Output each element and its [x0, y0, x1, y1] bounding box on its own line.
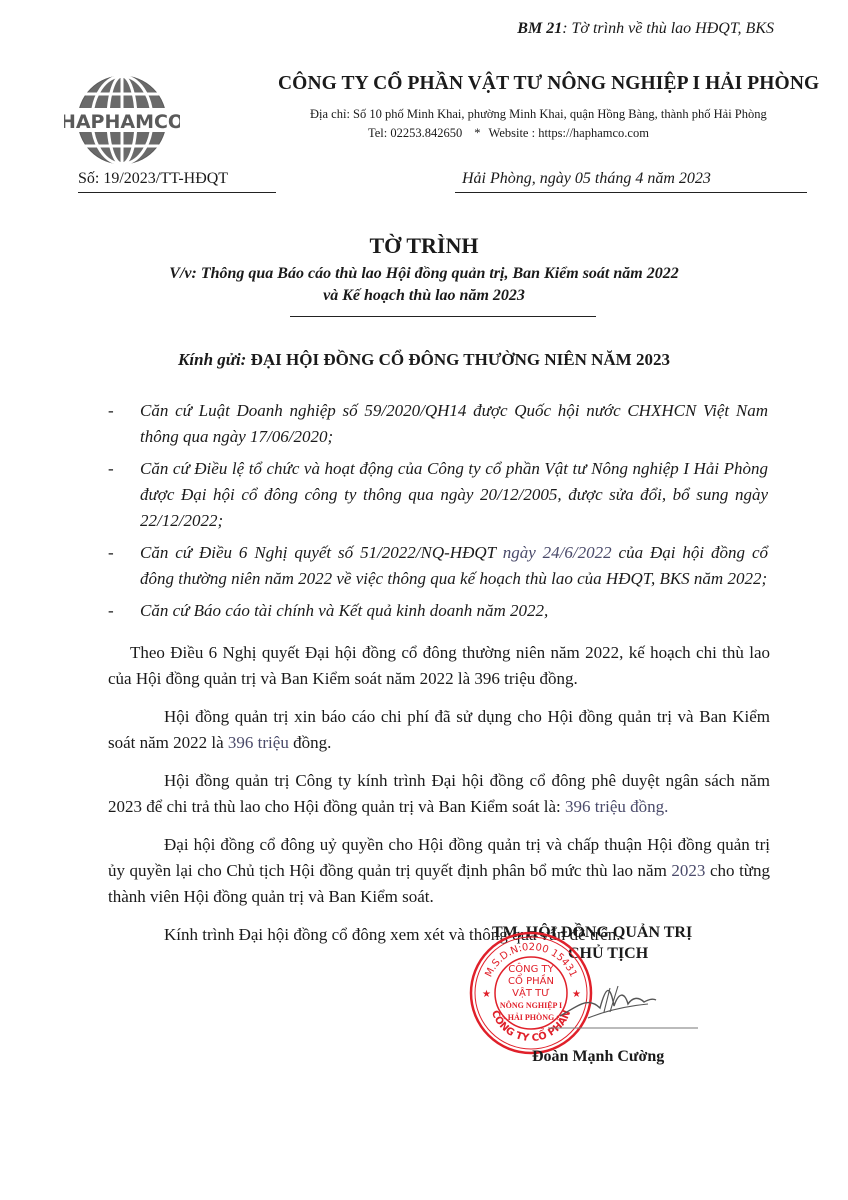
list-item-text: Căn cứ Điều lệ tổ chức và hoạt động của … — [140, 459, 768, 530]
svg-text:VẬT TƯ: VẬT TƯ — [512, 986, 550, 999]
addressee: Kính gửi: ĐẠI HỘI ĐỒNG CỔ ĐÔNG THƯỜNG NI… — [0, 350, 848, 370]
contact-separator: * — [474, 126, 480, 140]
amount: 396 triệu đồng. — [565, 797, 668, 816]
form-code-description: : Tờ trình về thù lao HĐQT, BKS — [562, 20, 774, 37]
paragraph-text: Hội đồng quản trị Công ty kính trình Đại… — [108, 771, 770, 816]
document-title: TỜ TRÌNH — [0, 233, 848, 259]
bullet-dash: - — [108, 398, 114, 424]
signature-scribble-icon — [548, 976, 698, 1036]
list-item-date: ngày 24/6/2022 — [503, 543, 612, 562]
subject-line-1: V/v: Thông qua Báo cáo thù lao Hội đồng … — [0, 263, 848, 285]
place-date: Hải Phòng, ngày 05 tháng 4 năm 2023 — [462, 170, 711, 188]
paragraph: Hội đồng quản trị Công ty kính trình Đại… — [108, 768, 770, 820]
document-body: Theo Điều 6 Nghị quyết Đại hội đồng cổ đ… — [108, 640, 770, 960]
company-website[interactable]: Website : https://haphamco.com — [489, 126, 649, 140]
subject-line-2: và Kế hoạch thù lao năm 2023 — [0, 285, 848, 307]
list-item-text: Căn cứ Báo cáo tài chính và Kết quả kinh… — [140, 601, 548, 620]
addressee-recipient: ĐẠI HỘI ĐỒNG CỔ ĐÔNG THƯỜNG NIÊN NĂM 202… — [251, 350, 670, 369]
document-number: Số: 19/2023/TT-HĐQT — [78, 170, 228, 188]
company-logo: HAPHAMCO — [64, 68, 180, 172]
list-item: - Căn cứ Điều lệ tổ chức và hoạt động củ… — [108, 456, 768, 534]
form-code-id: BM 21 — [517, 20, 562, 37]
addressee-label: Kính gửi: — [178, 350, 246, 369]
list-item-text: Căn cứ Luật Doanh nghiệp số 59/2020/QH14… — [140, 401, 768, 446]
globe-icon: HAPHAMCO — [64, 68, 180, 172]
divider — [78, 192, 276, 193]
list-item: - Căn cứ Luật Doanh nghiệp số 59/2020/QH… — [108, 398, 768, 450]
company-address: Địa chỉ: Số 10 phố Minh Khai, phường Min… — [310, 107, 767, 122]
year: 2023 — [671, 861, 705, 880]
form-code: BM 21: Tờ trình về thù lao HĐQT, BKS — [517, 20, 774, 38]
paragraph-text: Hội đồng quản trị xin báo cáo chi phí đã… — [108, 707, 770, 752]
signatory-name: Đoàn Mạnh Cường — [532, 1048, 664, 1066]
divider — [290, 316, 596, 317]
paragraph-text: đồng. — [293, 733, 331, 752]
legal-bases-list: - Căn cứ Luật Doanh nghiệp số 59/2020/QH… — [108, 398, 768, 630]
list-item: - Căn cứ Điều 6 Nghị quyết số 51/2022/NQ… — [108, 540, 768, 592]
paragraph: Đại hội đồng cổ đông uỷ quyền cho Hội đồ… — [108, 832, 770, 910]
paragraph: Theo Điều 6 Nghị quyết Đại hội đồng cổ đ… — [108, 640, 770, 692]
bullet-dash: - — [108, 540, 114, 566]
divider — [455, 192, 807, 193]
list-item-text: Căn cứ Điều 6 Nghị quyết số 51/2022/NQ-H… — [140, 543, 496, 562]
svg-text:CÔNG TY: CÔNG TY — [508, 962, 554, 975]
list-item: - Căn cứ Báo cáo tài chính và Kết quả ki… — [108, 598, 768, 624]
company-tel: Tel: 02253.842650 — [368, 126, 462, 140]
company-name: CÔNG TY CỔ PHẦN VẬT TƯ NÔNG NGHIỆP I HẢI… — [278, 73, 819, 95]
amount: 396 triệu — [228, 733, 289, 752]
bullet-dash: - — [108, 456, 114, 482]
document-subject: V/v: Thông qua Báo cáo thù lao Hội đồng … — [0, 263, 848, 307]
paragraph: Hội đồng quản trị xin báo cáo chi phí đã… — [108, 704, 770, 756]
company-contact: Tel: 02253.842650*Website : https://haph… — [368, 126, 649, 141]
handwritten-signature — [548, 976, 698, 1036]
bullet-dash: - — [108, 598, 114, 624]
svg-text:★: ★ — [482, 989, 491, 1000]
svg-text:HAPHAMCO: HAPHAMCO — [64, 111, 180, 133]
